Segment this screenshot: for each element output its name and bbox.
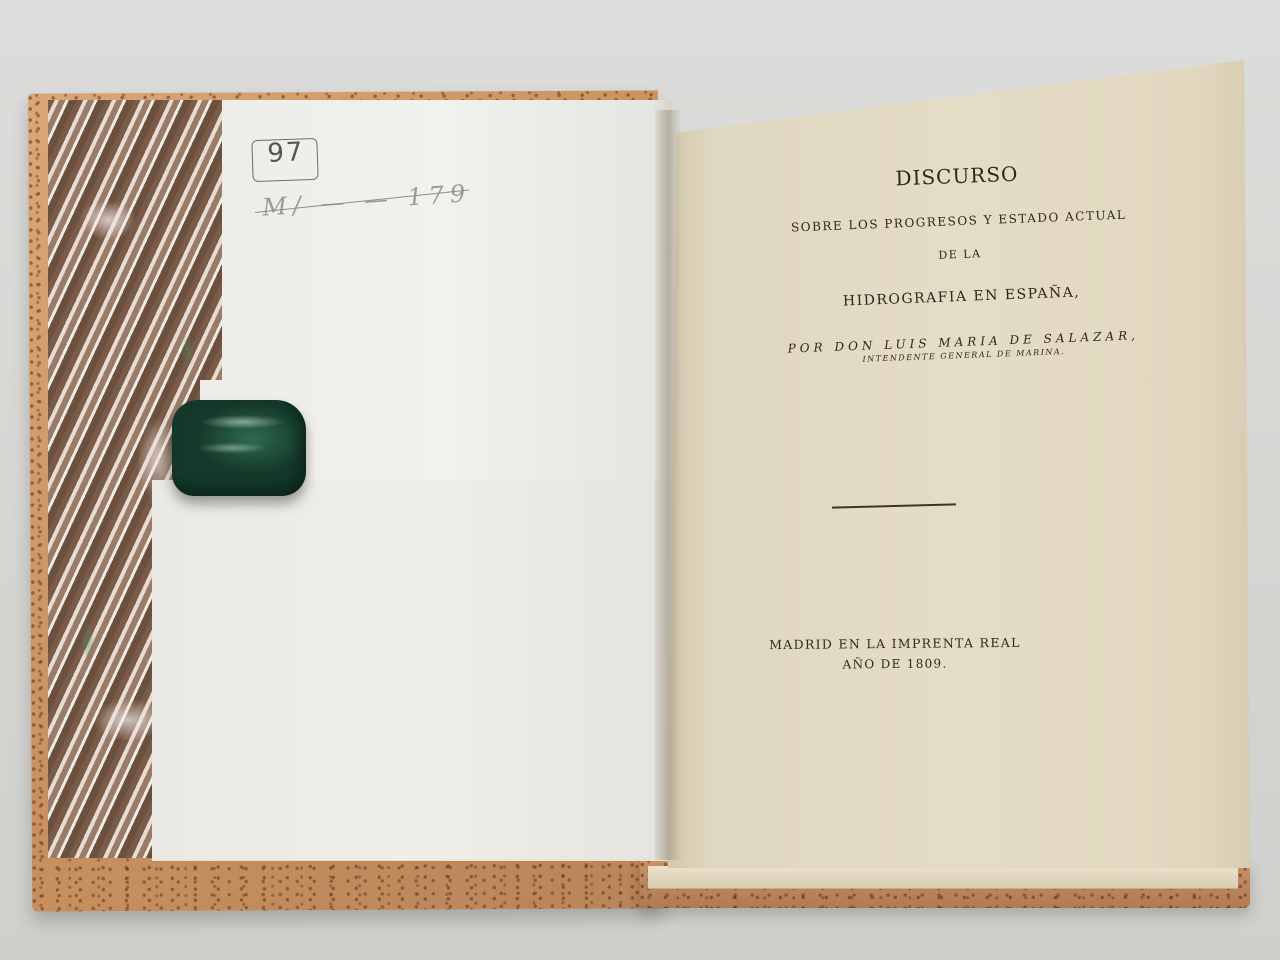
pencil-number: 97 bbox=[257, 137, 314, 170]
imprint-place: MADRID EN LA IMPRENTA REAL bbox=[740, 635, 1050, 653]
flyleaf-lower[interactable] bbox=[152, 480, 672, 861]
title-block: DISCURSO SOBRE LOS PROGRESOS Y ESTADO AC… bbox=[686, 140, 1234, 371]
book-connector: DE LA bbox=[690, 238, 1230, 272]
book-subject: HIDROGRAFIA EN ESPAÑA, bbox=[692, 279, 1232, 316]
page-block-edge bbox=[648, 866, 1238, 889]
malachite-stone-icon[interactable] bbox=[172, 400, 306, 496]
book-gutter bbox=[655, 110, 681, 860]
book-title: DISCURSO bbox=[687, 154, 1228, 199]
book-subtitle: SOBRE LOS PROGRESOS Y ESTADO ACTUAL bbox=[689, 204, 1229, 239]
imprint-block: MADRID EN LA IMPRENTA REAL AÑO DE 1809. bbox=[740, 635, 1050, 673]
imprint-year: AÑO DE 1809. bbox=[740, 656, 1050, 673]
